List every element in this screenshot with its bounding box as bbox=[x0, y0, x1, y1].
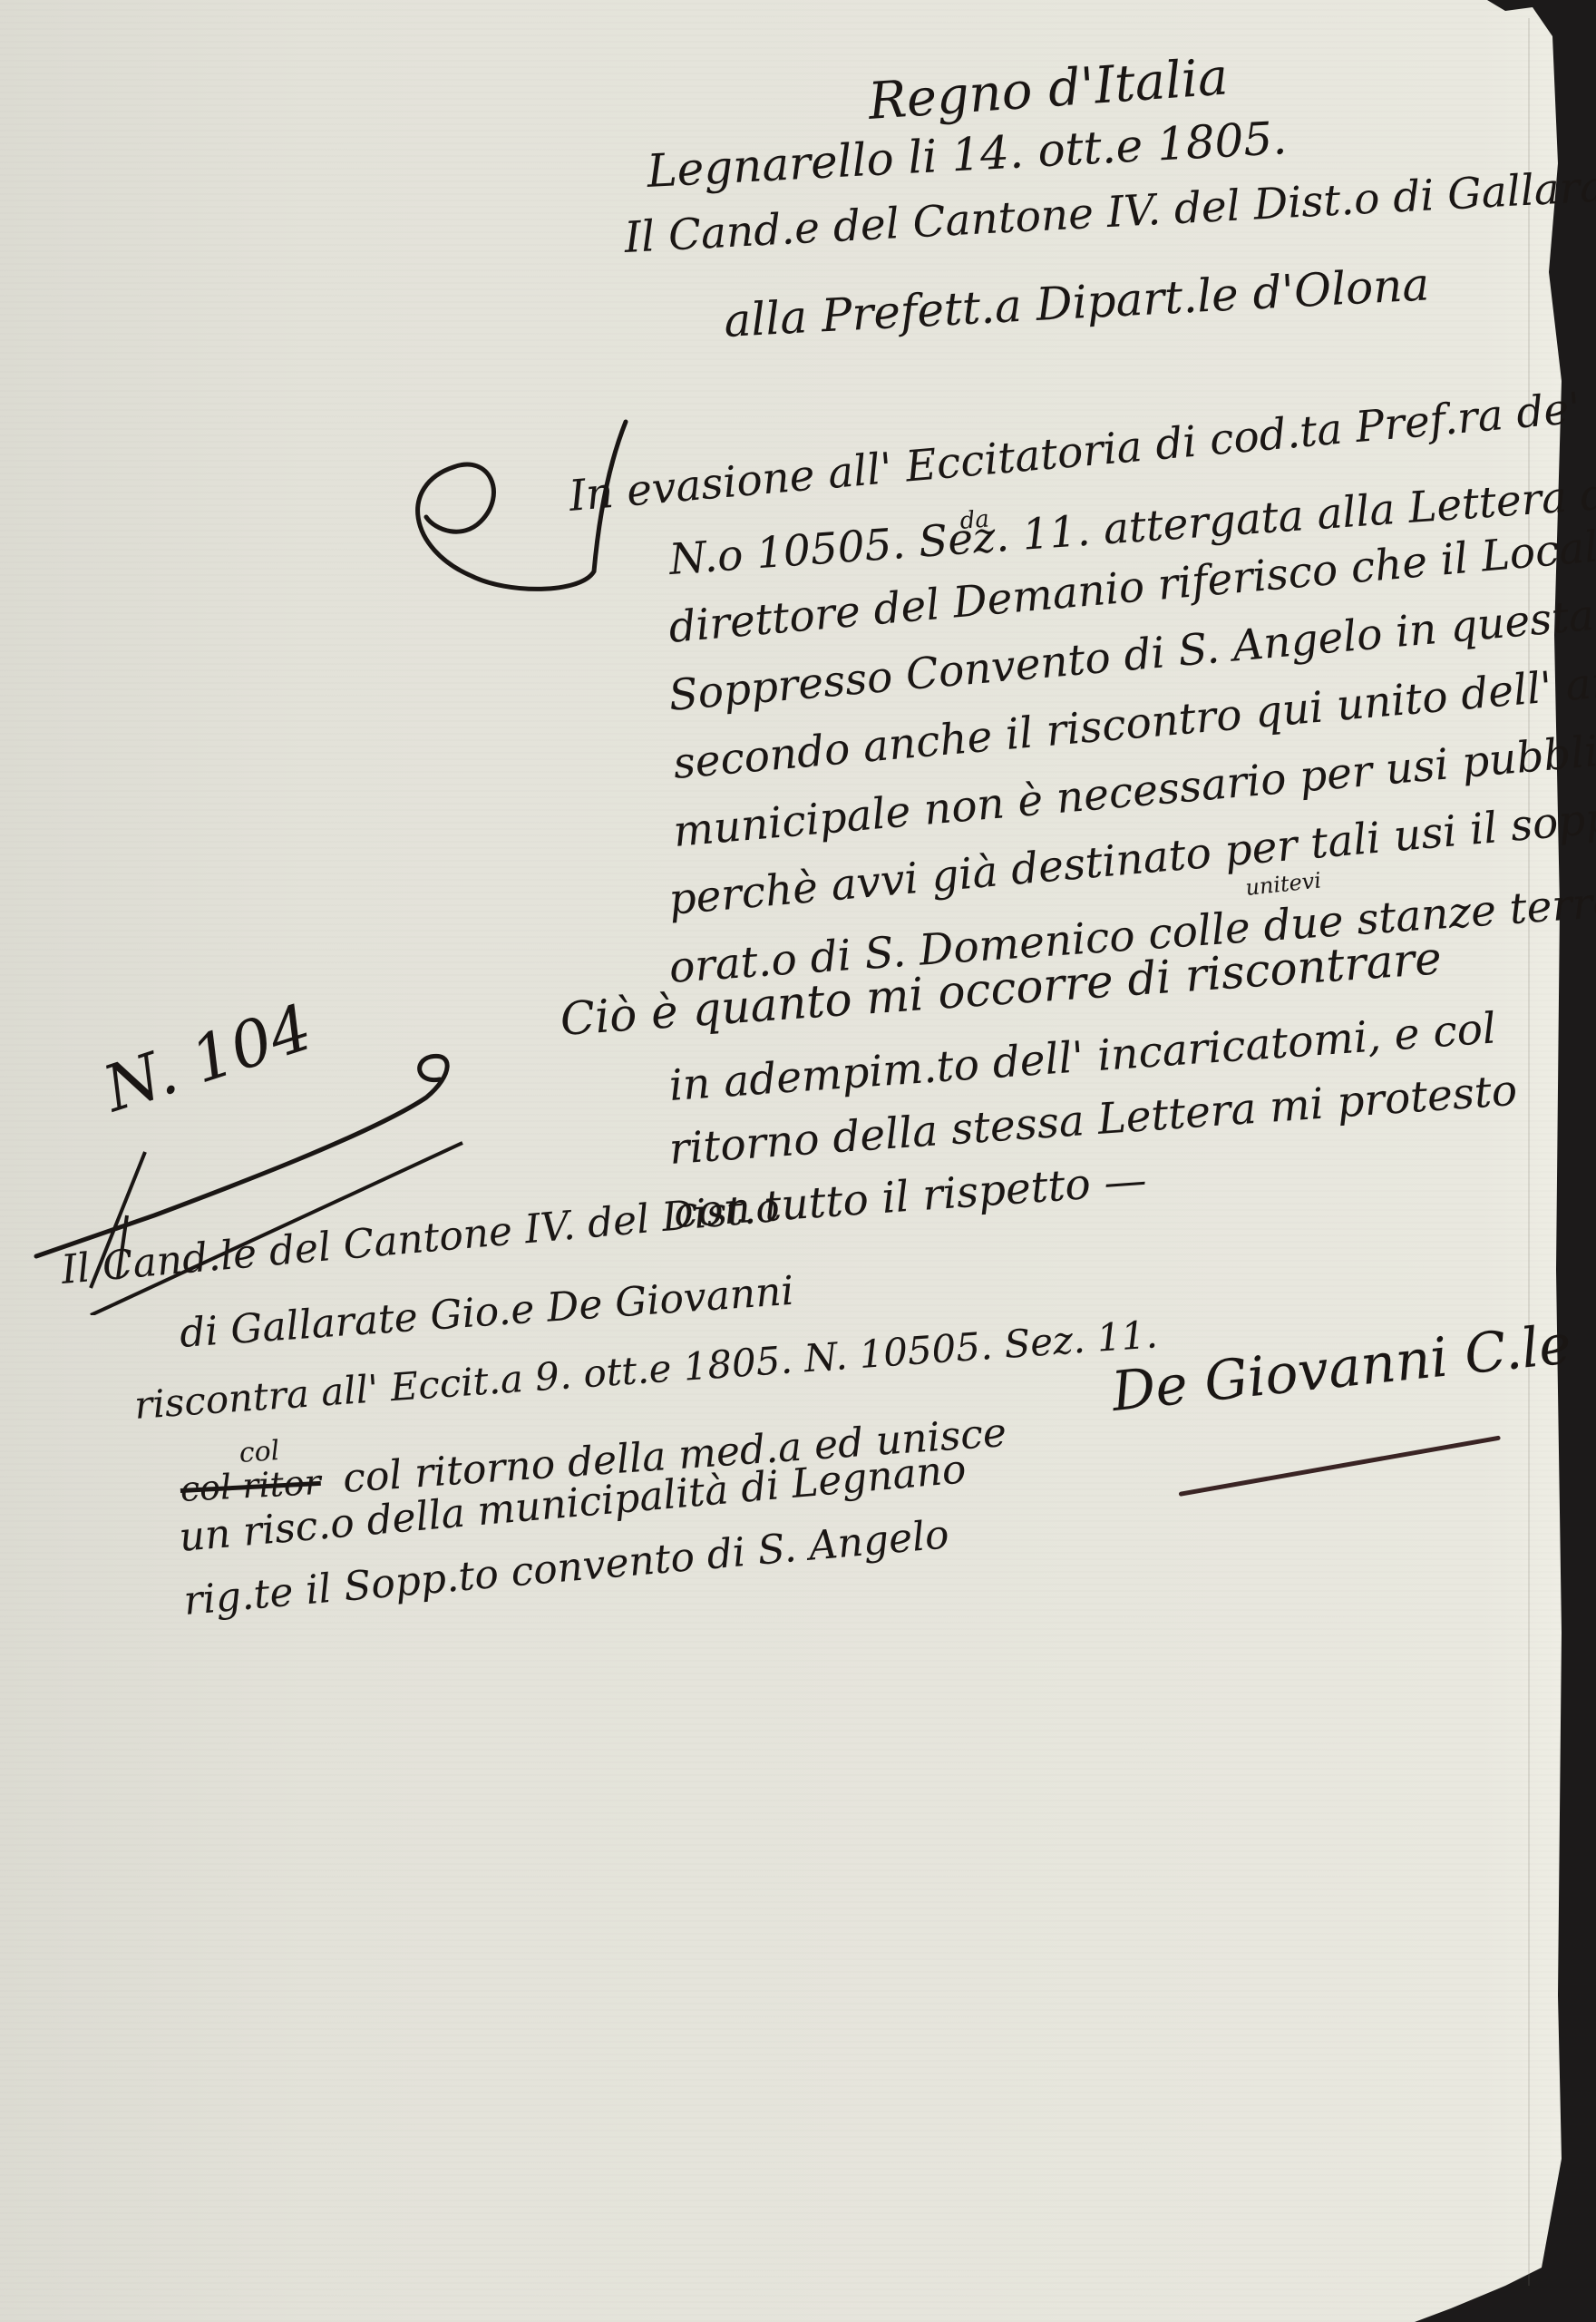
margin-note-struck-text: col ritor bbox=[180, 1462, 322, 1509]
paper-fold-line bbox=[1528, 18, 1530, 2286]
interlinear-da: da bbox=[959, 505, 990, 535]
